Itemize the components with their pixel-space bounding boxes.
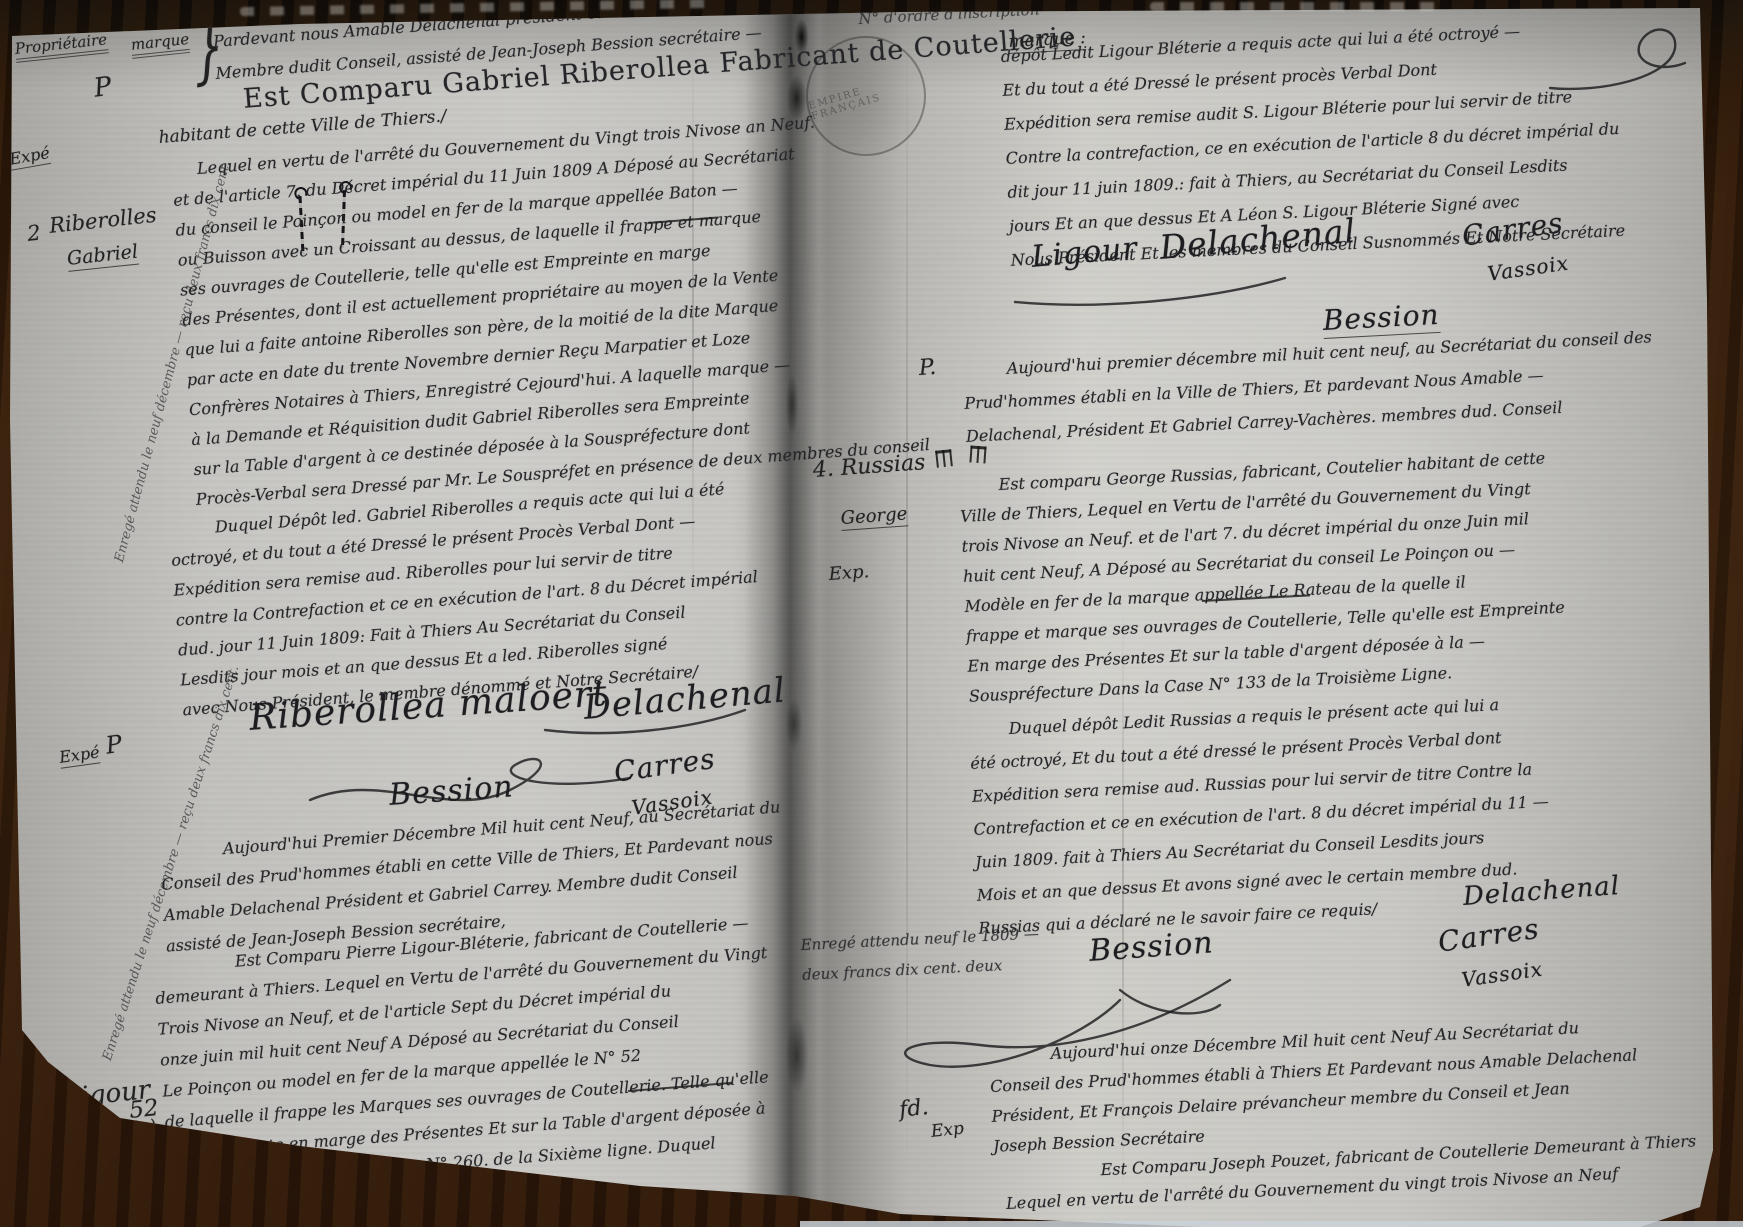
mark-number: 52 xyxy=(128,1095,160,1124)
mark-rake-icon xyxy=(935,449,953,468)
signature-flourish xyxy=(300,730,720,830)
margin-expedie: Expé xyxy=(58,742,101,768)
margin-p-mark: fd. xyxy=(898,1095,930,1123)
embossed-stamp-icon: EMPIRE FRANÇAIS xyxy=(806,36,926,156)
margin-exp: Exp. xyxy=(828,561,870,585)
signature-vassoix: Vassoix xyxy=(1486,251,1570,286)
page-spread: N° du Propriétaire de la marque } P Expé… xyxy=(0,0,1743,1227)
signature-vassoix: Vassoix xyxy=(1460,957,1544,992)
margin-p-mark: P xyxy=(92,72,114,104)
entry-name: Riberolles xyxy=(48,203,158,238)
scan-edge-strip xyxy=(800,1221,1743,1227)
margin-header-mark-line2: marque xyxy=(130,30,191,59)
text-block-russias: Est comparu George Russias, fabricant, C… xyxy=(958,443,1568,712)
signature-flourish xyxy=(1010,270,1290,310)
text-block-russias-intro: Aujourd'hui premier décembre mil huit ce… xyxy=(962,320,1656,453)
entry-firstname: Gabriel xyxy=(66,241,139,272)
entry-firstname: George xyxy=(840,503,908,531)
margin-p-mark: P. xyxy=(918,355,937,381)
margin-p-mark: P xyxy=(104,730,124,760)
entry-number: 2 xyxy=(26,221,42,246)
register-photo: N° du Propriétaire de la marque } P Expé… xyxy=(0,0,1743,1227)
margin-expedie: Expé xyxy=(8,143,51,171)
stamp-text: EMPIRE FRANÇAIS xyxy=(807,69,925,122)
paraph-flourish xyxy=(1540,18,1690,108)
mark-rake-icon xyxy=(969,445,986,463)
margin-exp: Exp xyxy=(930,1119,965,1142)
top-edge-fragment xyxy=(1150,2,1450,11)
text-block-act1: Lequel en vertu de l'arrêté du Gouvernem… xyxy=(170,101,931,515)
signature-flourish xyxy=(540,700,750,740)
